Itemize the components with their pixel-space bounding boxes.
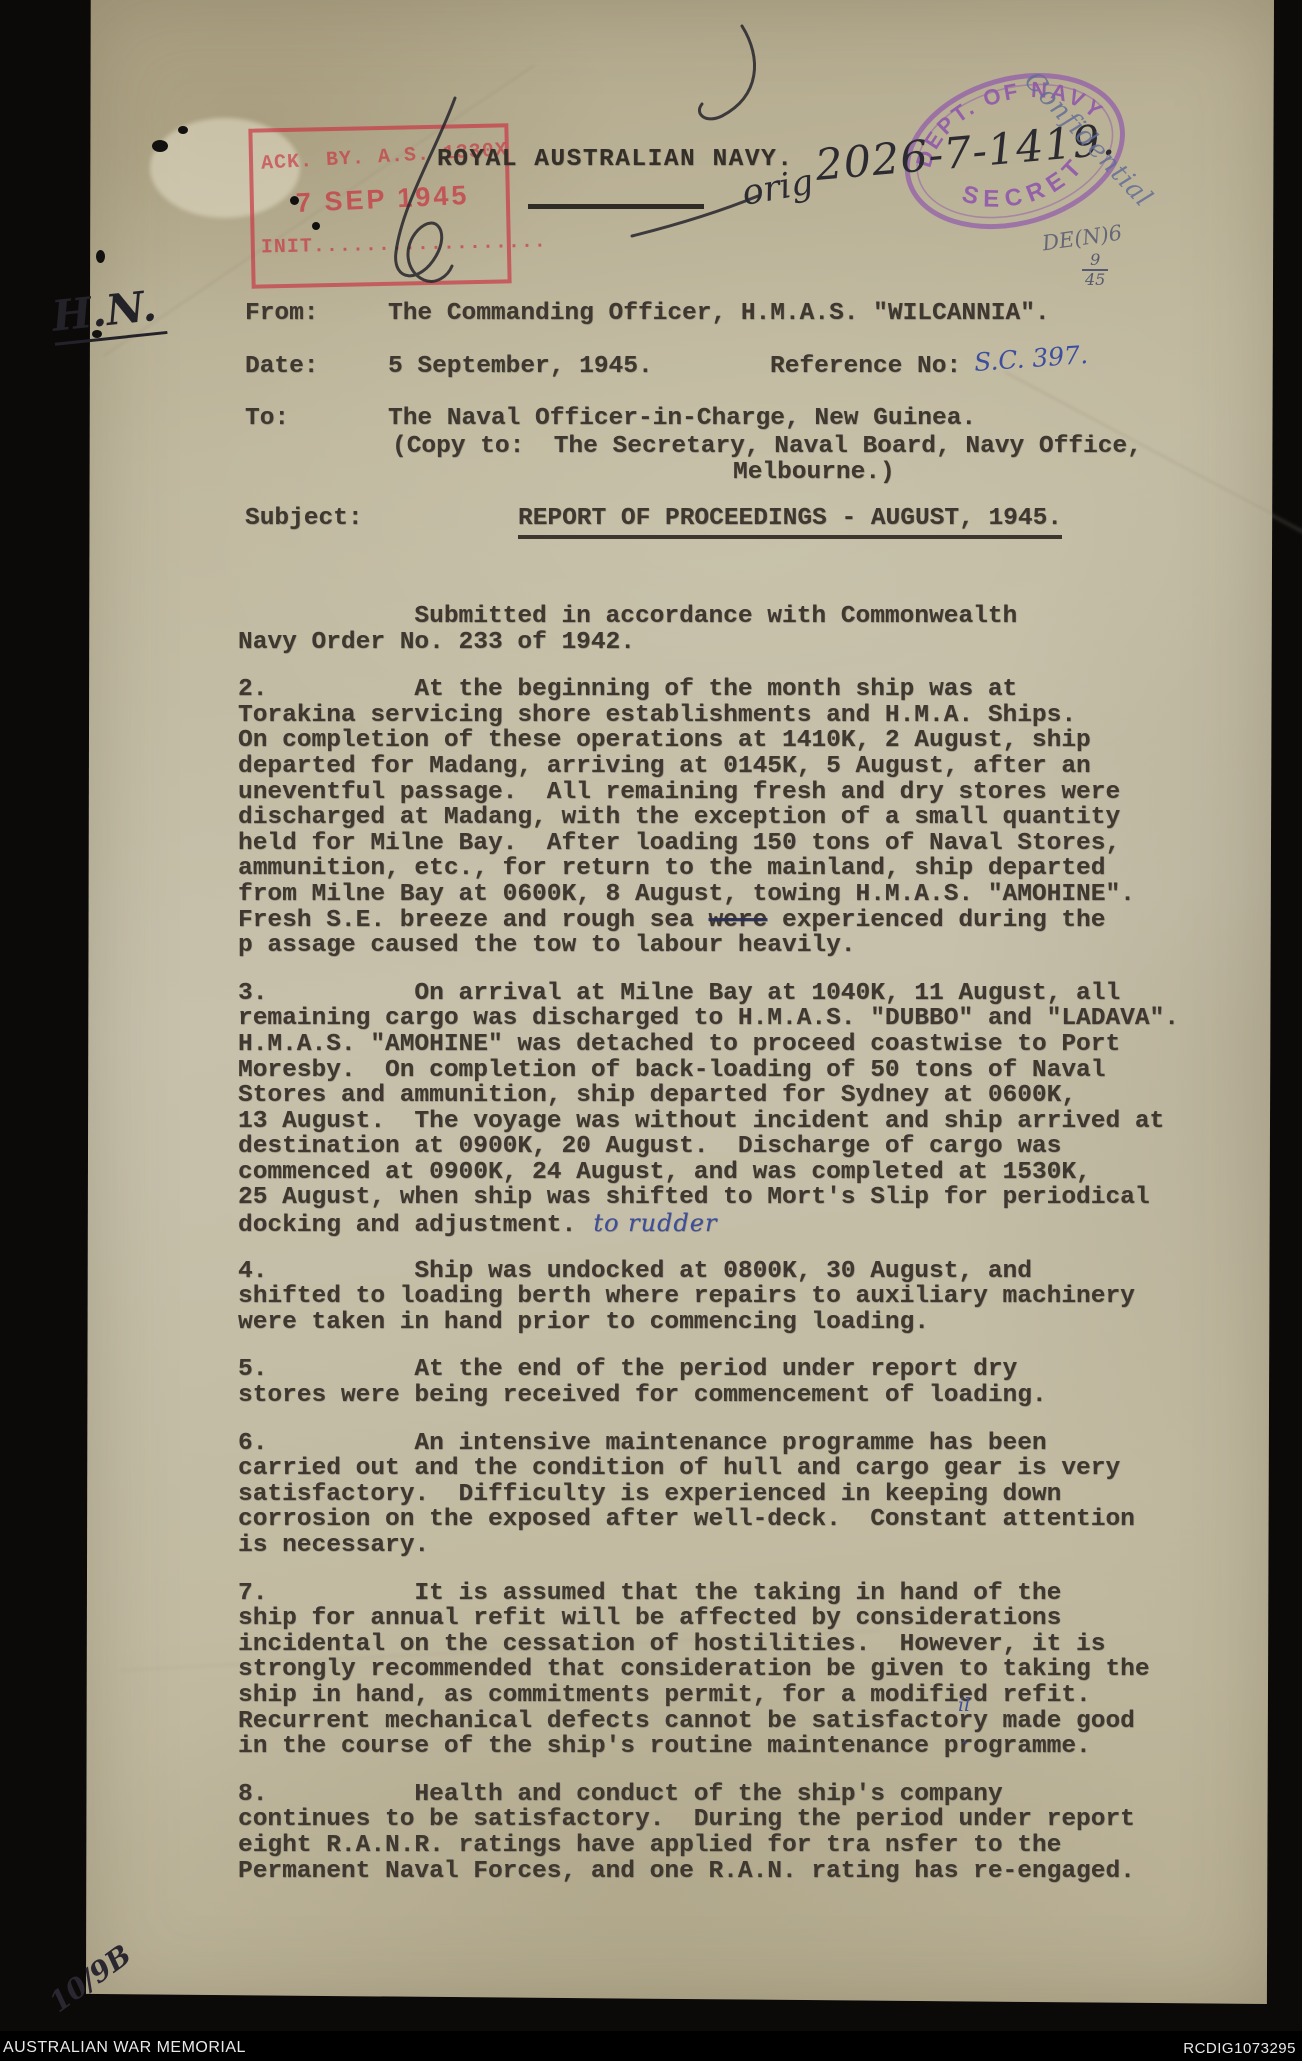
typed-paragraph: 2. At the beginning of the month ship wa… [238, 677, 1179, 959]
archive-source-label: AUSTRALIAN WAR MEMORIAL [3, 2039, 246, 2057]
typed-line: 13 August. The voyage was without incide… [238, 1109, 1179, 1135]
typed-line: is necessary. [238, 1533, 1179, 1559]
typed-line: ammunition, etc., for return to the main… [238, 856, 1179, 882]
typed-line: uneventful passage. All remaining fresh … [238, 780, 1179, 806]
typed-line: ship in hand, as commitments permit, for… [238, 1683, 1179, 1709]
from-label: From: [245, 300, 319, 327]
to-value: The Naval Officer-in-Charge, New Guinea. [388, 405, 976, 432]
typed-line: held for Milne Bay. After loading 150 to… [238, 831, 1179, 857]
typed-line: ship for annual refit will be affected b… [238, 1606, 1179, 1632]
typed-line: 7. It is assumed that the taking in hand… [238, 1581, 1179, 1607]
copy-to-line2: Melbourne.) [733, 459, 895, 486]
typed-paragraph: 5. At the end of the period under report… [238, 1357, 1179, 1408]
typed-line: departed for Madang, arriving at 0145K, … [238, 754, 1179, 780]
typed-line: remaining cargo was discharged to H.M.A.… [238, 1006, 1179, 1032]
subject-value: REPORT OF PROCEEDINGS - AUGUST, 1945. [518, 505, 1062, 539]
typed-line: eight R.A.N.R. ratings have applied for … [238, 1833, 1179, 1859]
typed-line: stores were being received for commencem… [238, 1383, 1179, 1409]
date-label: Date: [245, 353, 319, 380]
typed-line: continues to be satisfactory. During the… [238, 1807, 1179, 1833]
typed-paragraph: Submitted in accordance with Commonwealt… [238, 604, 1179, 655]
typed-paragraph: 6. An intensive maintenance programme ha… [238, 1431, 1179, 1559]
typed-line: 25 August, when ship was shifted to Mort… [238, 1185, 1179, 1211]
typed-line: Permanent Naval Forces, and one R.A.N. r… [238, 1859, 1179, 1885]
typed-line: 8. Health and conduct of the ship's comp… [238, 1782, 1179, 1808]
typed-line: 5. At the end of the period under report… [238, 1357, 1179, 1383]
typed-line: H.M.A.S. "AMOHINE" was detached to proce… [238, 1032, 1179, 1058]
typed-segment: Fresh S.E. breeze and rough sea [238, 907, 708, 934]
typed-segment-struck: were [708, 907, 767, 934]
typed-line: Recurrent mechanical defects cannot be s… [238, 1709, 1179, 1735]
typed-paragraph: 8. Health and conduct of the ship's comp… [238, 1782, 1179, 1884]
typed-line: corrosion on the exposed after well-deck… [238, 1507, 1179, 1533]
typed-paragraph: 3. On arrival at Milne Bay at 1040K, 11 … [238, 981, 1179, 1237]
typed-segment: experienced during the [767, 907, 1105, 934]
typed-line: Moresby. On completion of back-loading o… [238, 1058, 1179, 1084]
body-paragraphs: Submitted in accordance with Commonwealt… [238, 604, 1179, 1906]
typed-line: satisfactory. Difficulty is experienced … [238, 1482, 1179, 1508]
typed-line: in the course of the ship's routine main… [238, 1734, 1179, 1760]
typed-line: shifted to loading berth where repairs t… [238, 1284, 1179, 1310]
typed-paragraph: 4. Ship was undocked at 0800K, 30 August… [238, 1259, 1179, 1336]
typed-line: commenced at 0900K, 24 August, and was c… [238, 1160, 1179, 1186]
archive-caption-bar: AUSTRALIAN WAR MEMORIAL RCDIG1073295 [0, 2031, 1302, 2061]
typed-line: were taken in hand prior to commencing l… [238, 1310, 1179, 1336]
typed-line: p assage caused the tow to labour heavil… [238, 933, 1179, 959]
document-photo: ACK. BY. A.S. 1330X 7 SEP 1945 INIT.....… [0, 0, 1302, 2061]
typed-line: docking and adjustment. to rudder [238, 1211, 1179, 1237]
typed-line: 2. At the beginning of the month ship wa… [238, 677, 1179, 703]
date-value: 5 September, 1945. [388, 353, 653, 380]
typed-line: Torakina servicing shore establishments … [238, 703, 1179, 729]
copy-to-line1: (Copy to: The Secretary, Naval Board, Na… [392, 433, 1142, 460]
from-value: The Commanding Officer, H.M.A.S. "WILCAN… [388, 300, 1050, 327]
typed-segment-hand: to rudder [576, 1209, 717, 1237]
typed-line: from Milne Bay at 0600K, 8 August, towin… [238, 882, 1179, 908]
typed-line: 6. An intensive maintenance programme ha… [238, 1431, 1179, 1457]
typed-line: Stores and ammunition, ship departed for… [238, 1083, 1179, 1109]
typed-line: carried out and the condition of hull an… [238, 1456, 1179, 1482]
typed-segment: docking and adjustment. [238, 1212, 576, 1239]
typed-line: Fresh S.E. breeze and rough sea were exp… [238, 908, 1179, 934]
typed-line: 3. On arrival at Milne Bay at 1040K, 11 … [238, 981, 1179, 1007]
typed-line: On completion of these operations at 141… [238, 728, 1179, 754]
to-label: To: [245, 405, 289, 432]
typed-paragraph: 7. It is assumed that the taking in hand… [238, 1581, 1179, 1760]
typed-line: destination at 0900K, 20 August. Dischar… [238, 1134, 1179, 1160]
reference-label: Reference No: [770, 353, 961, 380]
typed-line: incidental on the cessation of hostiliti… [238, 1632, 1179, 1658]
handwritten-fraction: 945 [1082, 250, 1108, 288]
typed-line: Submitted in accordance with Commonwealt… [238, 604, 1179, 630]
ink-signature-strokes [0, 0, 1302, 700]
typed-line: 4. Ship was undocked at 0800K, 30 August… [238, 1259, 1179, 1285]
typed-line: Navy Order No. 233 of 1942. [238, 630, 1179, 656]
archive-id-label: RCDIG1073295 [1183, 2040, 1296, 2057]
handwritten-insert-il: il [958, 1694, 970, 1716]
subject-label: Subject: [245, 505, 363, 532]
typed-line: strongly recommended that consideration … [238, 1657, 1179, 1683]
handwritten-caret: ‸ [962, 1726, 967, 1744]
typed-line: discharged at Madang, with the exception… [238, 805, 1179, 831]
